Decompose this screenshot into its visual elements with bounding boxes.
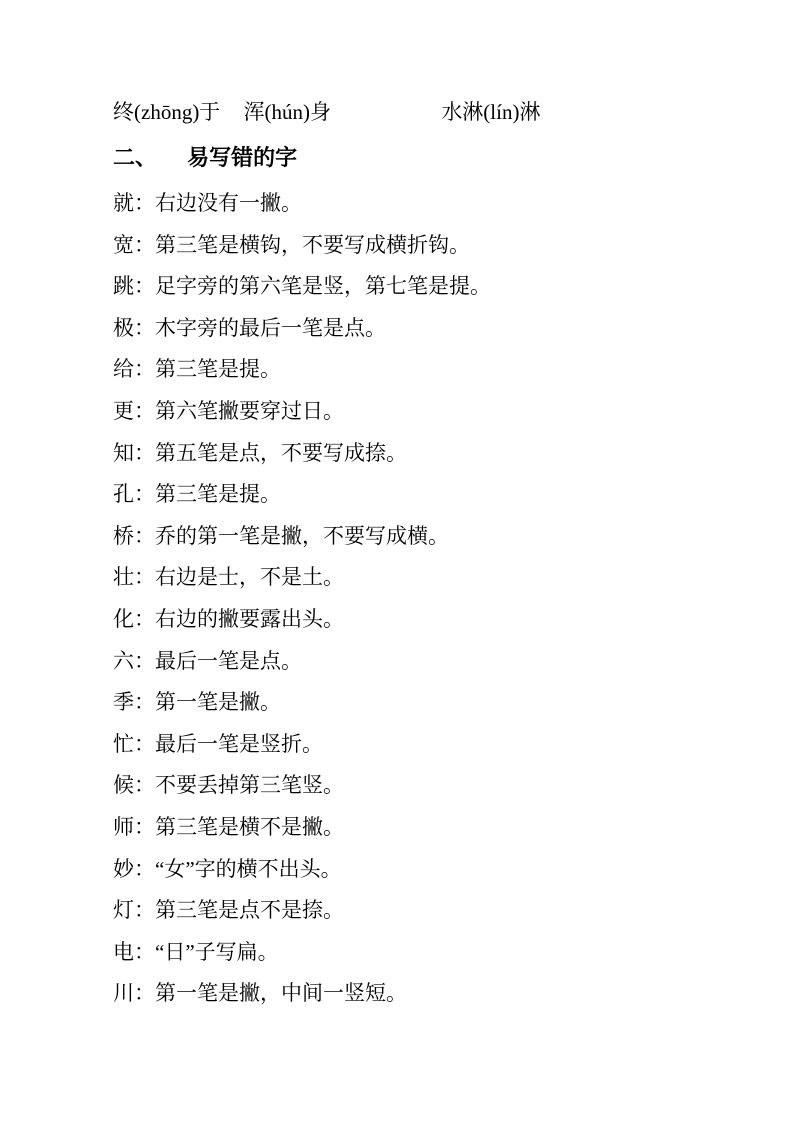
notes-list: 就：右边没有一撇。 宽：第三笔是横钩，不要写成横折钩。 跳：足字旁的第六笔是竖，… <box>113 183 757 1015</box>
document-page: 终(zhōng)于 浑(hún)身 水淋(lín)淋 二、 易写错的字 就：右边… <box>0 0 793 1122</box>
note-line: 化：右边的撇要露出头。 <box>113 599 757 641</box>
pinyin-word: 水淋(lín)淋 <box>441 100 540 124</box>
note-line: 灯：第三笔是点不是捺。 <box>113 890 757 932</box>
note-line: 忙：最后一笔是竖折。 <box>113 724 757 766</box>
section-title: 易写错的字 <box>187 145 297 170</box>
note-line: 桥：乔的第一笔是撇，不要写成横。 <box>113 516 757 558</box>
note-line: 壮：右边是士，不是土。 <box>113 557 757 599</box>
note-line: 孔：第三笔是提。 <box>113 474 757 516</box>
note-line: 更：第六笔撇要穿过日。 <box>113 391 757 433</box>
note-line: 妙：“女”字的横不出头。 <box>113 849 757 891</box>
note-line: 川：第一笔是撇，中间一竖短。 <box>113 973 757 1015</box>
note-line: 电：“日”子写扁。 <box>113 932 757 974</box>
note-line: 师：第三笔是横不是撇。 <box>113 807 757 849</box>
note-line: 就：右边没有一撇。 <box>113 183 757 225</box>
section-number: 二、 <box>113 145 157 170</box>
note-line: 给：第三笔是提。 <box>113 349 757 391</box>
document-content: 终(zhōng)于 浑(hún)身 水淋(lín)淋 二、 易写错的字 就：右边… <box>113 99 757 1015</box>
note-line: 季：第一笔是撇。 <box>113 682 757 724</box>
pinyin-word: 终(zhōng)于 <box>113 100 220 124</box>
note-line: 候：不要丢掉第三笔竖。 <box>113 765 757 807</box>
pinyin-word: 浑(hún)身 <box>244 100 332 124</box>
note-line: 六：最后一笔是点。 <box>113 641 757 683</box>
pinyin-words-line: 终(zhōng)于 浑(hún)身 水淋(lín)淋 <box>113 99 757 125</box>
note-line: 知：第五笔是点，不要写成捺。 <box>113 433 757 475</box>
note-line: 极：木字旁的最后一笔是点。 <box>113 308 757 350</box>
section-heading: 二、 易写错的字 <box>113 145 757 171</box>
note-line: 跳：足字旁的第六笔是竖，第七笔是提。 <box>113 266 757 308</box>
note-line: 宽：第三笔是横钩，不要写成横折钩。 <box>113 225 757 267</box>
